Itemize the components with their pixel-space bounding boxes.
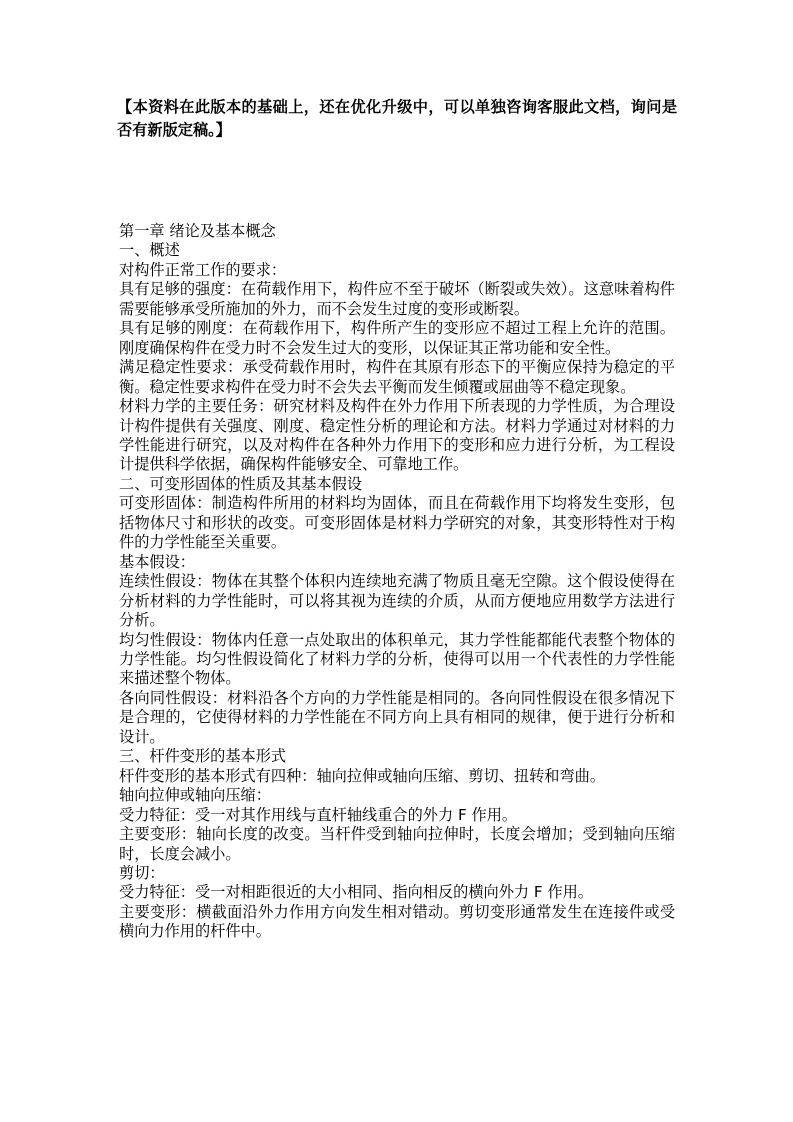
paragraph: 可变形固体：制造构件所用的材料均为固体，而且在荷载作用下均将发生变形，包括物体尺… bbox=[119, 494, 675, 552]
paragraph: 主要变形：轴向长度的改变。当杆件受到轴向拉伸时，长度会增加；受到轴向压缩时，长度… bbox=[119, 825, 675, 864]
paragraph: 具有足够的刚度：在荷载作用下，构件所产生的变形应不超过工程上允许的范围。刚度确保… bbox=[119, 319, 675, 358]
paragraph: 受力特征：受一对相距很近的大小相同、指向相反的横向外力 F 作用。 bbox=[119, 883, 675, 902]
section-heading-deformation-forms: 三、杆件变形的基本形式 bbox=[119, 747, 675, 766]
paragraph: 各向同性假设：材料沿各个方向的力学性能是相同的。各向同性假设在很多情况下是合理的… bbox=[119, 689, 675, 747]
document-body: 第一章 绪论及基本概念 一、概述 对构件正常工作的要求： 具有足够的强度：在荷载… bbox=[119, 222, 675, 942]
section-heading-deformable-solids: 二、可变形固体的性质及其基本假设 bbox=[119, 475, 675, 494]
paragraph: 剪切： bbox=[119, 864, 675, 883]
paragraph: 主要变形：横截面沿外力作用方向发生相对错动。剪切变形通常发生在连接件或受横向力作… bbox=[119, 903, 675, 942]
paragraph: 对构件正常工作的要求： bbox=[119, 261, 675, 280]
paragraph: 基本假设： bbox=[119, 553, 675, 572]
chapter-title: 第一章 绪论及基本概念 bbox=[119, 222, 675, 241]
version-notice: 【本资料在此版本的基础上，还在优化升级中，可以单独咨询客服此文档，询问是否有新版… bbox=[117, 96, 677, 142]
paragraph: 满足稳定性要求：承受荷载作用时，构件在其原有形态下的平衡应保持为稳定的平衡。稳定… bbox=[119, 358, 675, 397]
paragraph: 材料力学的主要任务：研究材料及构件在外力作用下所表现的力学性质，为合理设计构件提… bbox=[119, 397, 675, 475]
paragraph: 具有足够的强度：在荷载作用下，构件应不至于破坏（断裂或失效）。这意味着构件需要能… bbox=[119, 280, 675, 319]
paragraph: 轴向拉伸或轴向压缩： bbox=[119, 786, 675, 805]
section-heading-overview: 一、概述 bbox=[119, 241, 675, 260]
paragraph: 均匀性假设：物体内任意一点处取出的体积单元，其力学性能都能代表整个物体的力学性能… bbox=[119, 631, 675, 689]
paragraph: 受力特征：受一对其作用线与直杆轴线重合的外力 F 作用。 bbox=[119, 806, 675, 825]
paragraph: 杆件变形的基本形式有四种：轴向拉伸或轴向压缩、剪切、扭转和弯曲。 bbox=[119, 767, 675, 786]
paragraph: 连续性假设：物体在其整个体积内连续地充满了物质且毫无空隙。这个假设使得在分析材料… bbox=[119, 572, 675, 630]
